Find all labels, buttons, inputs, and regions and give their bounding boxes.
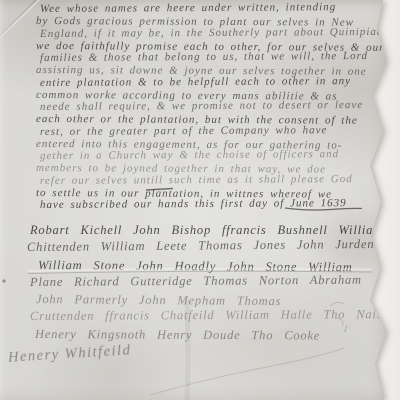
signature-line: Plane Richard Gutteridge Thomas Norton A…: [30, 271, 375, 291]
manuscript-line: gether in a Church way & the choise of o…: [40, 148, 370, 162]
signature-block: Robart Kichell John Bishop ffrancis Bush…: [30, 222, 375, 343]
covenant-body-text: Wee whose names are heere under written,…: [40, 3, 370, 211]
manuscript-scan: Wee whose names are heere under written,…: [0, 0, 400, 400]
whitfield-signature: Henery Whitfeild: [8, 342, 132, 367]
manuscript-line: entire plantation & to be helpfull each …: [40, 74, 370, 88]
manuscript-paper: Wee whose names are heere under written,…: [0, 0, 400, 400]
date-line: have subscribed our hands this first day…: [40, 197, 370, 211]
manuscript-line: Wee whose names are heere under written,…: [40, 1, 370, 15]
signature-line: Cruttenden ffrancis Chatfeild William Ha…: [30, 307, 375, 326]
manuscript-line: families & those that belong to us, that…: [40, 50, 370, 64]
manuscript-line: neede shall require, & we promise not to…: [40, 99, 370, 113]
signature-line: Henery Kingsnoth Henry Doude Tho Cooke: [35, 326, 375, 345]
paper-shadow-wrap: Wee whose names are heere under written,…: [0, 0, 400, 400]
manuscript-line: rest, or the greater part of the Company…: [40, 123, 370, 137]
signature-line: Chittenden William Leete Thomas Jones Jo…: [27, 236, 375, 256]
manuscript-line: England, if it may be, in the Southerly …: [40, 25, 370, 39]
manuscript-line: refer our selves untill such time as it …: [40, 172, 370, 186]
